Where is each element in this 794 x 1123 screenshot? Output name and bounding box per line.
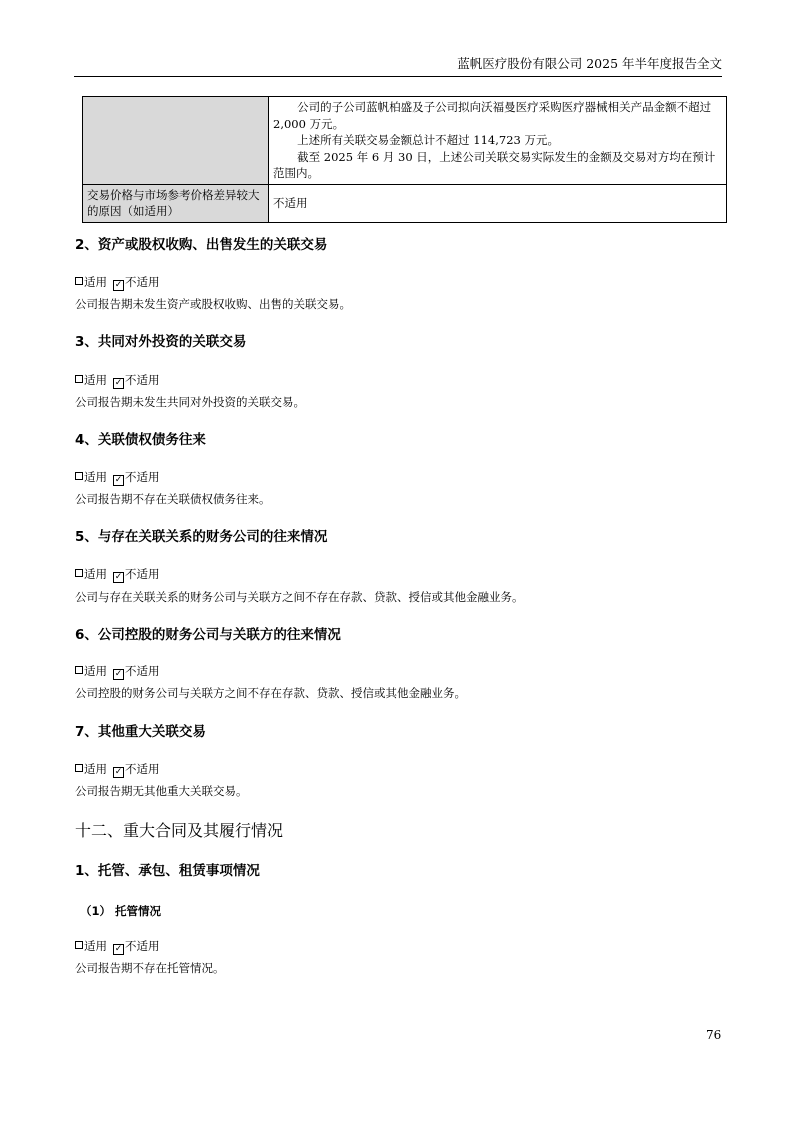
section-heading: 2、资产或股权收购、出售发生的关联交易	[75, 236, 327, 254]
checked-box-icon: ✓	[113, 669, 124, 680]
section-text: 公司与存在关联关系的财务公司与关联方之间不存在存款、贷款、授信或其他金融业务。	[75, 590, 524, 605]
checked-box-icon: ✓	[113, 944, 124, 955]
table-value-cell: 不适用	[269, 184, 727, 222]
section-heading: 6、公司控股的财务公司与关联方的往来情况	[75, 626, 341, 644]
section-heading: 4、关联债权债务往来	[75, 431, 206, 449]
checked-box-icon: ✓	[113, 767, 124, 778]
unchecked-box-icon	[75, 666, 83, 674]
section-text: 公司报告期未发生共同对外投资的关联交易。	[75, 395, 305, 410]
applicability-checkbox-row: 适用✓不适用	[75, 373, 160, 389]
unchecked-box-icon	[75, 569, 83, 577]
unchecked-box-icon	[75, 941, 83, 949]
chapter-heading: 十二、重大合同及其履行情况	[75, 821, 283, 841]
header-title: 蓝帆医疗股份有限公司 2025 年半年度报告全文	[457, 56, 722, 71]
table-value-cell: 公司的子公司蓝帆柏盛及子公司拟向沃福曼医疗采购医疗器械相关产品金额不超过 2,0…	[269, 97, 727, 185]
table-paragraph: 截至 2025 年 6 月 30 日，上述公司关联交易实际发生的金额及交易对方均…	[273, 149, 722, 182]
subsubsection-heading: （1） 托管情况	[80, 903, 161, 919]
section-heading: 5、与存在关联关系的财务公司的往来情况	[75, 528, 327, 546]
related-transaction-table: 公司的子公司蓝帆柏盛及子公司拟向沃福曼医疗采购医疗器械相关产品金额不超过 2,0…	[82, 96, 727, 223]
table-paragraph: 公司的子公司蓝帆柏盛及子公司拟向沃福曼医疗采购医疗器械相关产品金额不超过 2,0…	[273, 99, 722, 132]
applicability-checkbox-row: 适用✓不适用	[75, 664, 160, 680]
unchecked-box-icon	[75, 277, 83, 285]
table-row: 公司的子公司蓝帆柏盛及子公司拟向沃福曼医疗采购医疗器械相关产品金额不超过 2,0…	[83, 97, 727, 185]
checked-box-icon: ✓	[113, 475, 124, 486]
subsection-heading: 1、托管、承包、租赁事项情况	[75, 862, 260, 880]
section-text: 公司报告期不存在托管情况。	[75, 961, 225, 976]
checked-box-icon: ✓	[113, 378, 124, 389]
unchecked-box-icon	[75, 375, 83, 383]
table-row: 交易价格与市场参考价格差异较大的原因（如适用） 不适用	[83, 184, 727, 222]
unchecked-box-icon	[75, 472, 83, 480]
unchecked-box-icon	[75, 764, 83, 772]
page-header: 蓝帆医疗股份有限公司 2025 年半年度报告全文	[74, 56, 722, 77]
section-text: 公司报告期不存在关联债权债务往来。	[75, 492, 271, 507]
table-label-cell	[83, 97, 269, 185]
table-label-cell: 交易价格与市场参考价格差异较大的原因（如适用）	[83, 184, 269, 222]
applicability-checkbox-row: 适用✓不适用	[75, 275, 160, 291]
applicability-checkbox-row: 适用✓不适用	[75, 939, 160, 955]
section-heading: 3、共同对外投资的关联交易	[75, 333, 246, 351]
page-number: 76	[706, 1028, 721, 1042]
section-text: 公司报告期无其他重大关联交易。	[75, 784, 248, 799]
checked-box-icon: ✓	[113, 280, 124, 291]
table-paragraph: 上述所有关联交易金额总计不超过 114,723 万元。	[273, 132, 722, 149]
applicability-checkbox-row: 适用✓不适用	[75, 567, 160, 583]
applicability-checkbox-row: 适用✓不适用	[75, 470, 160, 486]
section-heading: 7、其他重大关联交易	[75, 723, 206, 741]
section-text: 公司报告期未发生资产或股权收购、出售的关联交易。	[75, 297, 351, 312]
checked-box-icon: ✓	[113, 572, 124, 583]
section-text: 公司控股的财务公司与关联方之间不存在存款、贷款、授信或其他金融业务。	[75, 686, 466, 701]
applicability-checkbox-row: 适用✓不适用	[75, 762, 160, 778]
